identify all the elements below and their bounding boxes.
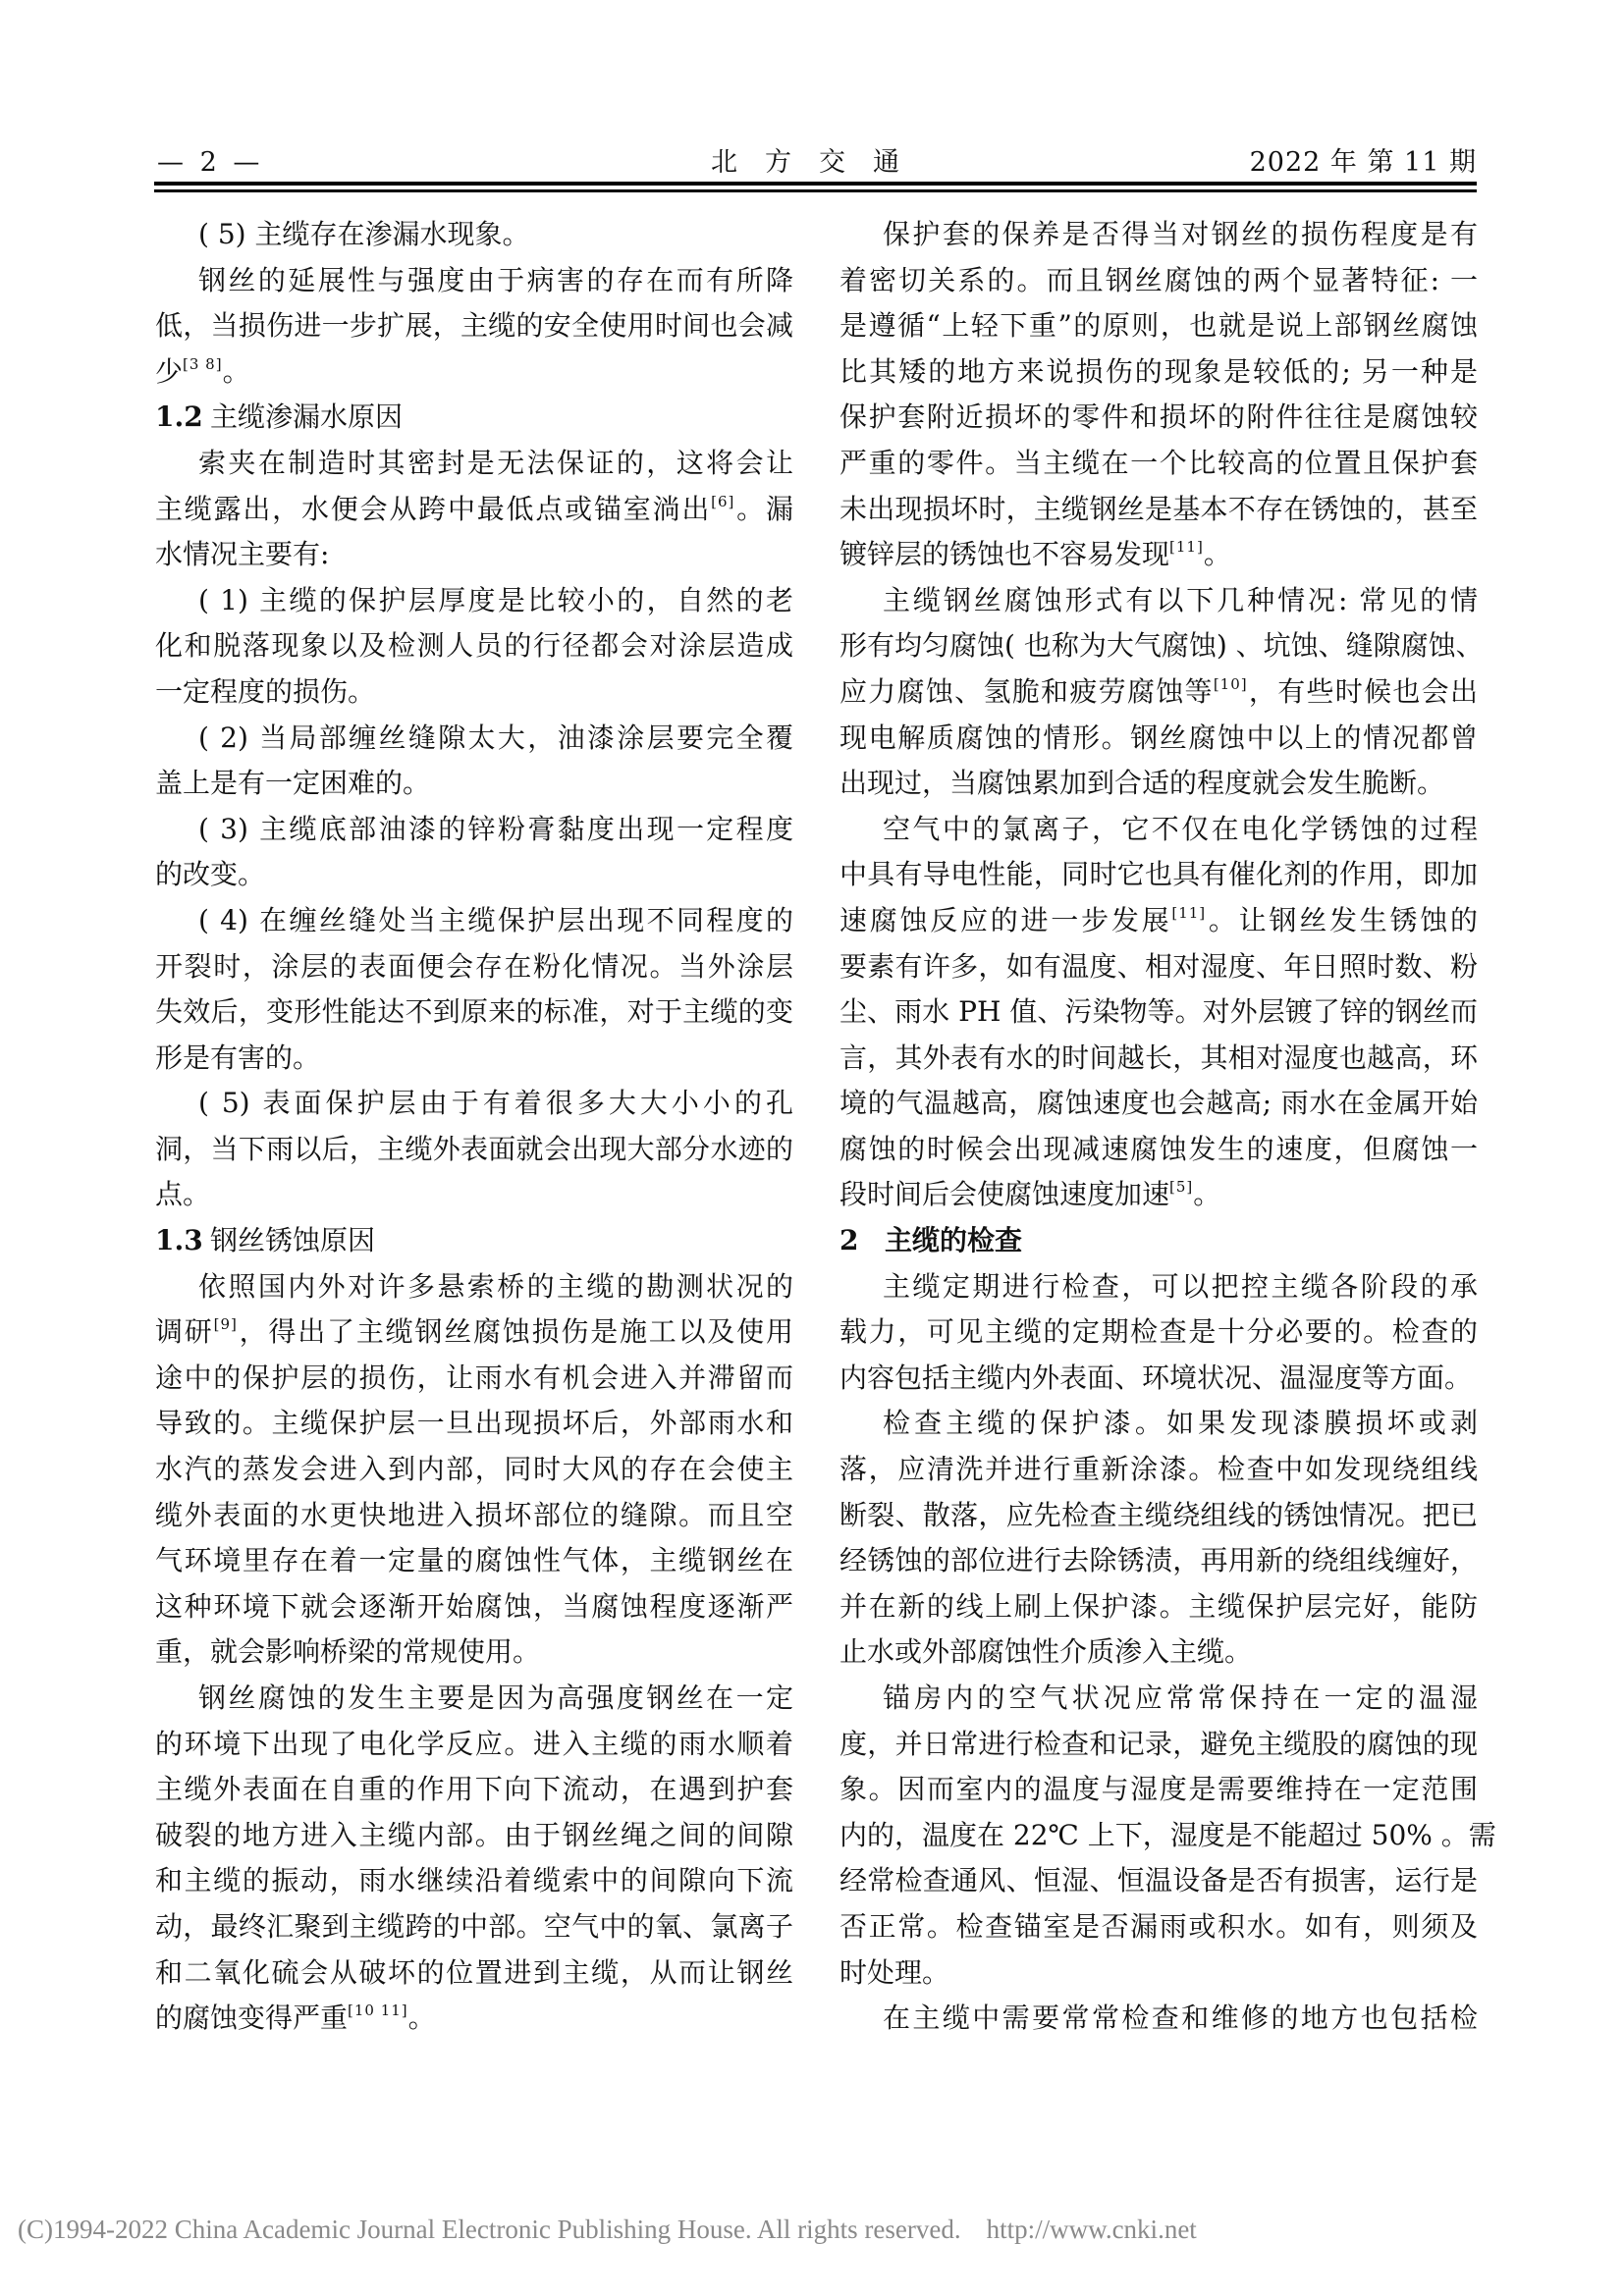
text-line: 少[3 8]。 (155, 349, 793, 396)
text-line: 一定程度的损伤。 (155, 669, 793, 716)
text-line: 内的，温度在 22℃ 上下，湿度是不能超过 50% 。需 (839, 1813, 1478, 1859)
text-line: 段时间后会使腐蚀速度加速[5]。 (839, 1172, 1478, 1218)
text-line: 断裂、散落，应先检查主缆绕组线的锈蚀情况。把已 (839, 1493, 1478, 1539)
section-heading: 2主缆的检查 (839, 1218, 1478, 1264)
text-line: 途中的保护层的损伤，让雨水有机会进入并滞留而 (155, 1356, 793, 1402)
text-line: 主缆外表面在自重的作用下向下流动，在遇到护套 (155, 1767, 793, 1813)
text-line: 和二氧化硫会从破坏的位置进到主缆，从而让钢丝 (155, 1950, 793, 1997)
section-heading: 1.3钢丝锈蚀原因 (155, 1218, 793, 1264)
text-line: 调研[9]，得出了主缆钢丝腐蚀损伤是施工以及使用 (155, 1309, 793, 1356)
text-line: 钢丝腐蚀的发生主要是因为高强度钢丝在一定 (155, 1676, 793, 1722)
text-line: 保护套的保养是否得当对钢丝的损伤程度是有 (839, 212, 1478, 258)
section-title: 主缆的检查 (885, 1224, 1022, 1256)
text-line: 洞，当下雨以后，主缆外表面就会出现大部分水迹的 (155, 1127, 793, 1173)
text-line: 经锈蚀的部位进行去除锈渍，再用新的绕组线缠好， (839, 1538, 1478, 1584)
text-line: 尘、雨水 PH 值、污染物等。对外层镀了锌的钢丝而 (839, 989, 1478, 1036)
text-line: 化和脱落现象以及检测人员的行径都会对涂层造成 (155, 623, 793, 669)
text-line: 要素有许多，如有温度、相对湿度、年日照时数、粉 (839, 944, 1478, 990)
text-line: ( 5) 主缆存在渗漏水现象。 (155, 212, 793, 258)
text-line: 索夹在制造时其密封是无法保证的，这将会让 (155, 441, 793, 487)
text-line: 中具有导电性能，同时它也具有催化剂的作用，即加 (839, 852, 1478, 898)
citation-ref: [10 11] (348, 2002, 408, 2019)
citation-ref: [11] (1169, 538, 1204, 556)
text-line: ( 4) 在缠丝缝处当主缆保护层出现不同程度的 (155, 898, 793, 944)
text-line: 出现过，当腐蚀累加到合适的程度就会发生脆断。 (839, 761, 1478, 807)
text-line: 水情况主要有: (155, 532, 793, 578)
left-column: ( 5) 主缆存在渗漏水现象。钢丝的延展性与强度由于病害的存在而有所降低，当损伤… (155, 212, 793, 2042)
text-line: 是遵循“上轻下重”的原则，也就是说上部钢丝腐蚀 (839, 303, 1478, 349)
cnki-url[interactable]: http://www.cnki.net (987, 2215, 1197, 2244)
text-line: 止水或外部腐蚀性介质渗入主缆。 (839, 1629, 1478, 1676)
text-line: 盖上是有一定困难的。 (155, 761, 793, 807)
text-line: 点。 (155, 1172, 793, 1218)
text-line: 腐蚀的时候会出现减速腐蚀发生的速度，但腐蚀一 (839, 1127, 1478, 1173)
text-line: 气环境里存在着一定量的腐蚀性气体，主缆钢丝在 (155, 1538, 793, 1584)
text-line: 水汽的蒸发会进入到内部，同时大风的存在会使主 (155, 1447, 793, 1493)
text-line: 着密切关系的。而且钢丝腐蚀的两个显著特征: 一 (839, 258, 1478, 304)
text-line: 失效后，变形性能达不到原来的标准，对于主缆的变 (155, 989, 793, 1036)
text-line: 的改变。 (155, 852, 793, 898)
text-line: 度，并日常进行检查和记录，避免主缆股的腐蚀的现 (839, 1722, 1478, 1768)
text-line: 言，其外表有水的时间越长，其相对湿度也越高，环 (839, 1036, 1478, 1082)
text-line: 主缆定期进行检查，可以把控主缆各阶段的承 (839, 1264, 1478, 1310)
citation-ref: [5] (1169, 1178, 1193, 1196)
section-number: 1.2 (155, 395, 210, 441)
text-line: 和主缆的振动，雨水继续沿着缆索中的间隙向下流 (155, 1858, 793, 1904)
header-rule-bottom (154, 189, 1477, 192)
text-line: 钢丝的延展性与强度由于病害的存在而有所降 (155, 258, 793, 304)
text-line: 并在新的线上刷上保护漆。主缆保护层完好，能防 (839, 1584, 1478, 1630)
text-line: 开裂时，涂层的表面便会存在粉化情况。当外涂层 (155, 944, 793, 990)
copyright-footer: (C)1994-2022 China Academic Journal Elec… (18, 2215, 1197, 2245)
text-line: 破裂的地方进入主缆内部。由于钢丝绳之间的间隙 (155, 1813, 793, 1859)
text-line: 速腐蚀反应的进一步发展[11]。让钢丝发生锈蚀的 (839, 898, 1478, 944)
text-line: 应力腐蚀、氢脆和疲劳腐蚀等[10]，有些时候也会出 (839, 669, 1478, 716)
section-heading: 1.2主缆渗漏水原因 (155, 395, 793, 441)
text-line: 的环境下出现了电化学反应。进入主缆的雨水顺着 (155, 1722, 793, 1768)
text-line: 现电解质腐蚀的情形。钢丝腐蚀中以上的情况都曾 (839, 716, 1478, 762)
text-line: 镀锌层的锈蚀也不容易发现[11]。 (839, 532, 1478, 578)
text-line: ( 3) 主缆底部油漆的锌粉膏黏度出现一定程度 (155, 807, 793, 853)
right-column: 保护套的保养是否得当对钢丝的损伤程度是有着密切关系的。而且钢丝腐蚀的两个显著特征… (839, 212, 1478, 2042)
text-line: 导致的。主缆保护层一旦出现损坏后，外部雨水和 (155, 1401, 793, 1447)
text-line: 比其矮的地方来说损伤的现象是较低的; 另一种是 (839, 349, 1478, 396)
text-line: 依照国内外对许多悬索桥的主缆的勘测状况的 (155, 1264, 793, 1310)
text-line: 主缆钢丝腐蚀形式有以下几种情况: 常见的情 (839, 578, 1478, 624)
section-title: 主缆渗漏水原因 (210, 400, 403, 433)
text-line: ( 5) 表面保护层由于有着很多大大小小的孔 (155, 1081, 793, 1127)
text-line: 动，最终汇聚到主缆跨的中部。空气中的氧、氯离子 (155, 1904, 793, 1950)
text-line: 保护套附近损坏的零件和损坏的附件往往是腐蚀较 (839, 395, 1478, 441)
text-line: 严重的零件。当主缆在一个比较高的位置且保护套 (839, 441, 1478, 487)
section-title: 钢丝锈蚀原因 (210, 1224, 375, 1256)
issue-info: 2022 年 第 11 期 (1250, 143, 1477, 183)
header-rule-top (154, 182, 1477, 186)
text-line: 形是有害的。 (155, 1036, 793, 1082)
text-line: 内容包括主缆内外表面、环境状况、温湿度等方面。 (839, 1356, 1478, 1402)
text-line: 时处理。 (839, 1950, 1478, 1997)
text-line: ( 2) 当局部缠丝缝隙太大，油漆涂层要完全覆 (155, 716, 793, 762)
citation-ref: [3 8] (183, 355, 223, 373)
text-line: 主缆露出，水便会从跨中最低点或锚室淌出[6]。漏 (155, 487, 793, 533)
text-line: 低，当损伤进一步扩展，主缆的安全使用时间也会减 (155, 303, 793, 349)
text-line: 载力，可见主缆的定期检查是十分必要的。检查的 (839, 1309, 1478, 1356)
text-line: 检查主缆的保护漆。如果发现漆膜损坏或剥 (839, 1401, 1478, 1447)
citation-ref: [6] (711, 493, 734, 510)
text-line: 缆外表面的水更快地进入损坏部位的缝隙。而且空 (155, 1493, 793, 1539)
section-number: 1.3 (155, 1218, 210, 1264)
text-line: 否正常。检查锚室是否漏雨或积水。如有，则须及 (839, 1904, 1478, 1950)
text-line: 这种环境下就会逐渐开始腐蚀，当腐蚀程度逐渐严 (155, 1584, 793, 1630)
copyright-text: (C)1994-2022 China Academic Journal Elec… (18, 2215, 961, 2244)
text-line: 在主缆中需要常常检查和维修的地方也包括检 (839, 1996, 1478, 2042)
text-line: 空气中的氯离子，它不仅在电化学锈蚀的过程 (839, 807, 1478, 853)
text-line: 经常检查通风、恒湿、恒温设备是否有损害，运行是 (839, 1858, 1478, 1904)
text-line: 境的气温越高，腐蚀速度也会越高; 雨水在金属开始 (839, 1081, 1478, 1127)
text-line: 锚房内的空气状况应常常保持在一定的温湿 (839, 1676, 1478, 1722)
text-line: 未出现损坏时，主缆钢丝是基本不存在锈蚀的，甚至 (839, 487, 1478, 533)
text-line: 落，应清洗并进行重新涂漆。检查中如发现绕组线 (839, 1447, 1478, 1493)
section-number: 2 (839, 1218, 885, 1264)
citation-ref: [9] (214, 1315, 238, 1333)
citation-ref: [11] (1171, 904, 1206, 922)
text-line: 形有均匀腐蚀( 也称为大气腐蚀) 、坑蚀、缝隙腐蚀、 (839, 623, 1478, 669)
citation-ref: [10] (1214, 675, 1248, 693)
text-line: 重，就会影响桥梁的常规使用。 (155, 1629, 793, 1676)
text-line: ( 1) 主缆的保护层厚度是比较小的，自然的老 (155, 578, 793, 624)
text-line: 的腐蚀变得严重[10 11]。 (155, 1996, 793, 2042)
text-line: 象。因而室内的温度与湿度是需要维持在一定范围 (839, 1767, 1478, 1813)
